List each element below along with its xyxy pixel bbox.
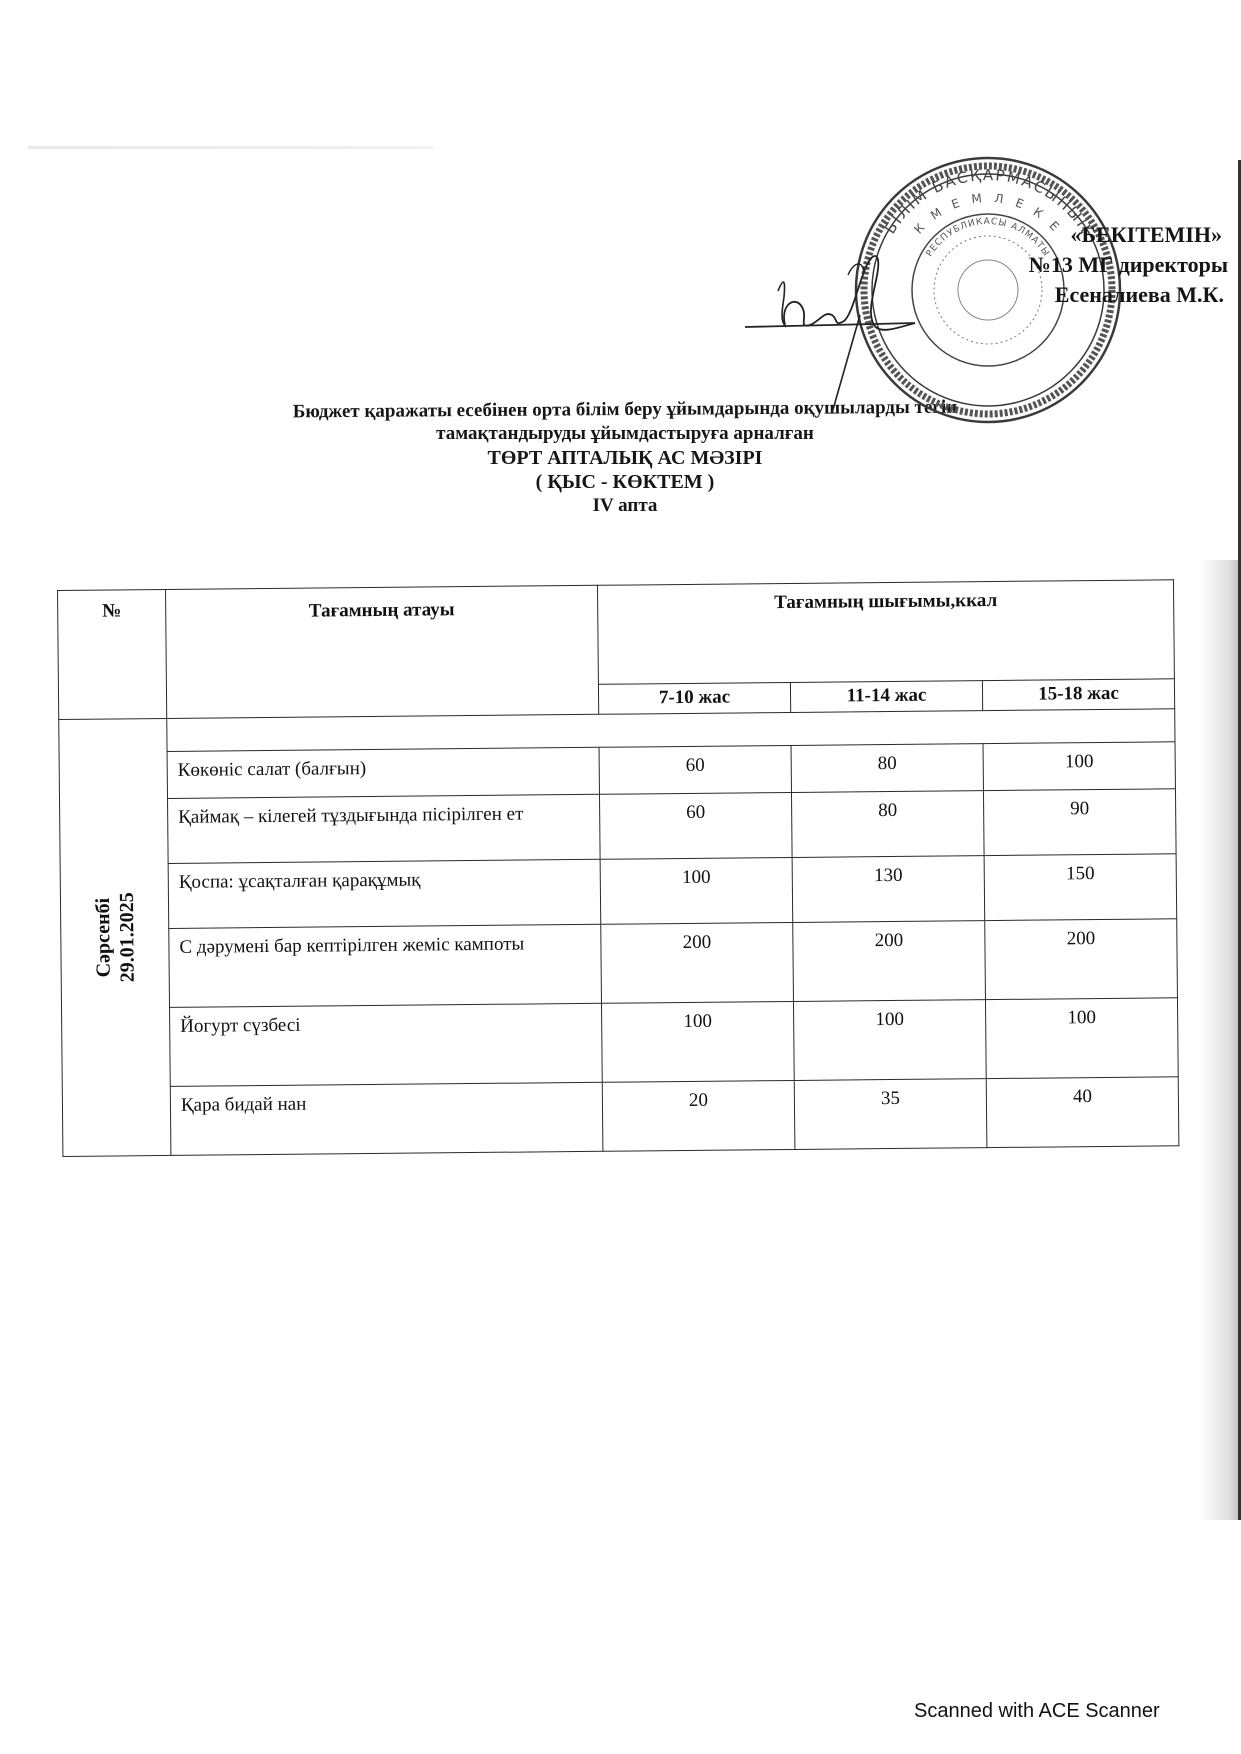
signature-icon [740,245,970,415]
dish-name: Көкөніс салат (балғын) [167,747,599,798]
table-header-row: № Тағамның атауы Тағамның шығымы,ккал [58,580,1175,690]
header-age-7-10: 7-10 жас [598,682,790,714]
value-11-14: 80 [791,791,984,858]
table-row: С дәрумені бар кептірілген жеміс кампоты… [61,919,1178,1009]
value-7-10: 60 [599,745,791,794]
header-age-11-14: 11-14 жас [790,681,982,713]
title-line-5: IV апта [150,494,1100,518]
value-11-14: 100 [793,1000,986,1081]
header-age-15-18: 15-18 жас [982,679,1174,711]
value-11-14: 35 [794,1079,987,1150]
table-row: Қаймақ – кілегей тұздығында пісірілген е… [60,789,1177,865]
day-cell: Сәрсенбі 29.01.2025 [59,718,171,1156]
scan-edge-shadow [1200,560,1240,1520]
value-7-10: 20 [602,1080,795,1151]
value-7-10: 60 [599,792,792,859]
day-weekday: Сәрсенбі [90,892,115,982]
value-15-18: 90 [983,789,1176,856]
dish-name: Қаймақ – кілегей тұздығында пісірілген е… [168,794,601,863]
value-11-14: 200 [793,921,986,1002]
dish-name: Қоспа: ұсақталған қарақұмық [168,859,601,928]
title-line-3: ТӨРТ АПТАЛЫҚ АС МӘЗІРІ [150,446,1100,470]
value-7-10: 200 [601,922,794,1003]
header-output: Тағамның шығымы,ккал [597,580,1174,684]
table-row: Қара бидай нан 20 35 40 [62,1077,1179,1157]
table-row: Қоспа: ұсақталған қарақұмық 100 130 150 [60,854,1177,930]
day-date: 29.01.2025 [114,892,139,982]
dish-name: С дәрумені бар кептірілген жеміс кампоты [169,924,602,1007]
value-15-18: 100 [985,998,1178,1079]
table-row: Йогурт сүзбесі 100 100 100 [62,998,1179,1088]
value-7-10: 100 [600,857,793,924]
dish-name: Йогурт сүзбесі [170,1003,603,1086]
menu-table: № Тағамның атауы Тағамның шығымы,ккал 7-… [57,579,1179,1157]
day-label: Сәрсенбі 29.01.2025 [90,892,139,982]
value-7-10: 100 [601,1001,794,1082]
scan-artifact-line [28,146,433,149]
header-number: № [58,589,167,719]
header-dish-name: Тағамның атауы [165,585,598,718]
dish-name: Қара бидай нан [170,1082,603,1155]
value-11-14: 130 [792,856,985,923]
value-15-18: 100 [983,742,1175,791]
value-15-18: 40 [986,1077,1179,1148]
value-15-18: 150 [984,854,1177,921]
value-15-18: 200 [985,919,1178,1000]
title-line-4: ( ҚЫС - КӨКТЕМ ) [150,470,1100,494]
scanner-watermark: Scanned with ACE Scanner [914,1700,1160,1723]
value-11-14: 80 [791,744,983,793]
